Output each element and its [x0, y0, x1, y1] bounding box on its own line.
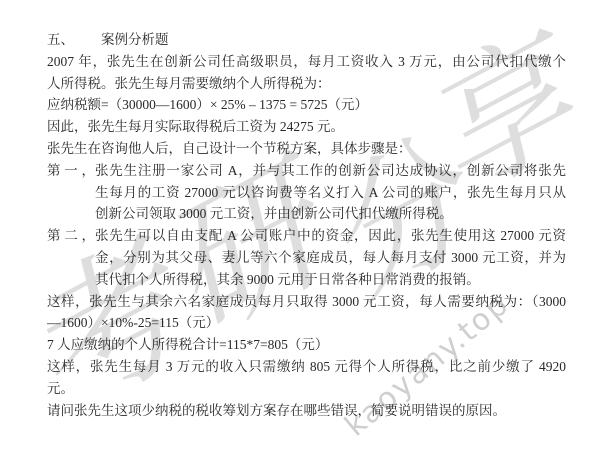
document-page: 考研分享 kaoyany.top 五、案例分析题 2007 年，张先生在创新公司…	[0, 0, 611, 471]
section-title-text: 案例分析题	[101, 32, 169, 47]
text-line: 生每月的工资 27000 元以咨询费等名义打入 A 公司的账户，张先生每月只从	[47, 182, 566, 204]
text-line: 这样，张先生与其余六名家庭成员每月只取得 3000 元工资，每人需要纳税为：（3…	[47, 291, 566, 313]
text-line: 创新公司领取 3000 元工资，并由创新公司代扣代缴所得税。	[47, 203, 566, 225]
section-title: 五、案例分析题	[47, 29, 566, 51]
text-line: 7 人应缴纳的个人所得税合计=115*7=805（元）	[47, 334, 566, 356]
text-line: 应纳税额=（30000—1600）× 25% – 1375 = 5725（元）	[47, 94, 566, 116]
list-item-label: 第一，	[47, 160, 95, 182]
text-line: 人所得税。张先生每月需要缴纳个人所得税为：	[47, 73, 566, 95]
document-body: 五、案例分析题 2007 年，张先生在创新公司任高级职员，每月工资收入 3 万元…	[47, 29, 566, 421]
text-line: 第一，张先生注册一家公司 A，并与其工作的创新公司达成协议，创新公司将张先	[47, 160, 566, 182]
section-number: 五、	[47, 32, 74, 47]
text-line: 其代扣个人所得税，其余 9000 元用于日常各种日常消费的报销。	[47, 269, 566, 291]
list-item-label: 第二，	[47, 225, 95, 247]
text-line: 元。	[47, 378, 566, 400]
text-lines: 2007 年，张先生在创新公司任高级职员，每月工资收入 3 万元，由公司代扣代缴…	[47, 51, 566, 422]
text-line: 请问张先生这项少纳税的税收筹划方案存在哪些错误，简要说明错误的原因。	[47, 400, 566, 422]
text-line: 张先生在咨询他人后，自己设计一个节税方案，具体步骤是：	[47, 138, 566, 160]
text-line: 2007 年，张先生在创新公司任高级职员，每月工资收入 3 万元，由公司代扣代缴…	[47, 51, 566, 73]
text-line: 金，分别为其父母、妻儿等六个家庭成员，每人每月支付 3000 元工资，并为	[47, 247, 566, 269]
text-line: 因此，张先生每月实际取得税后工资为 24275 元。	[47, 116, 566, 138]
text-line: 第二，张先生可以自由支配 A 公司账户中的资金，因此，张先生使用这 27000 …	[47, 225, 566, 247]
text-line: 这样，张先生每月 3 万元的收入只需缴纳 805 元得个人所得税，比之前少缴了 …	[47, 356, 566, 378]
line-text: 张先生注册一家公司 A，并与其工作的创新公司达成协议，创新公司将张先	[95, 160, 566, 182]
line-text: 张先生可以自由支配 A 公司账户中的资金，因此，张先生使用这 27000 元资	[95, 225, 566, 247]
text-line: —1600）×10%-25=115（元）	[47, 312, 566, 334]
